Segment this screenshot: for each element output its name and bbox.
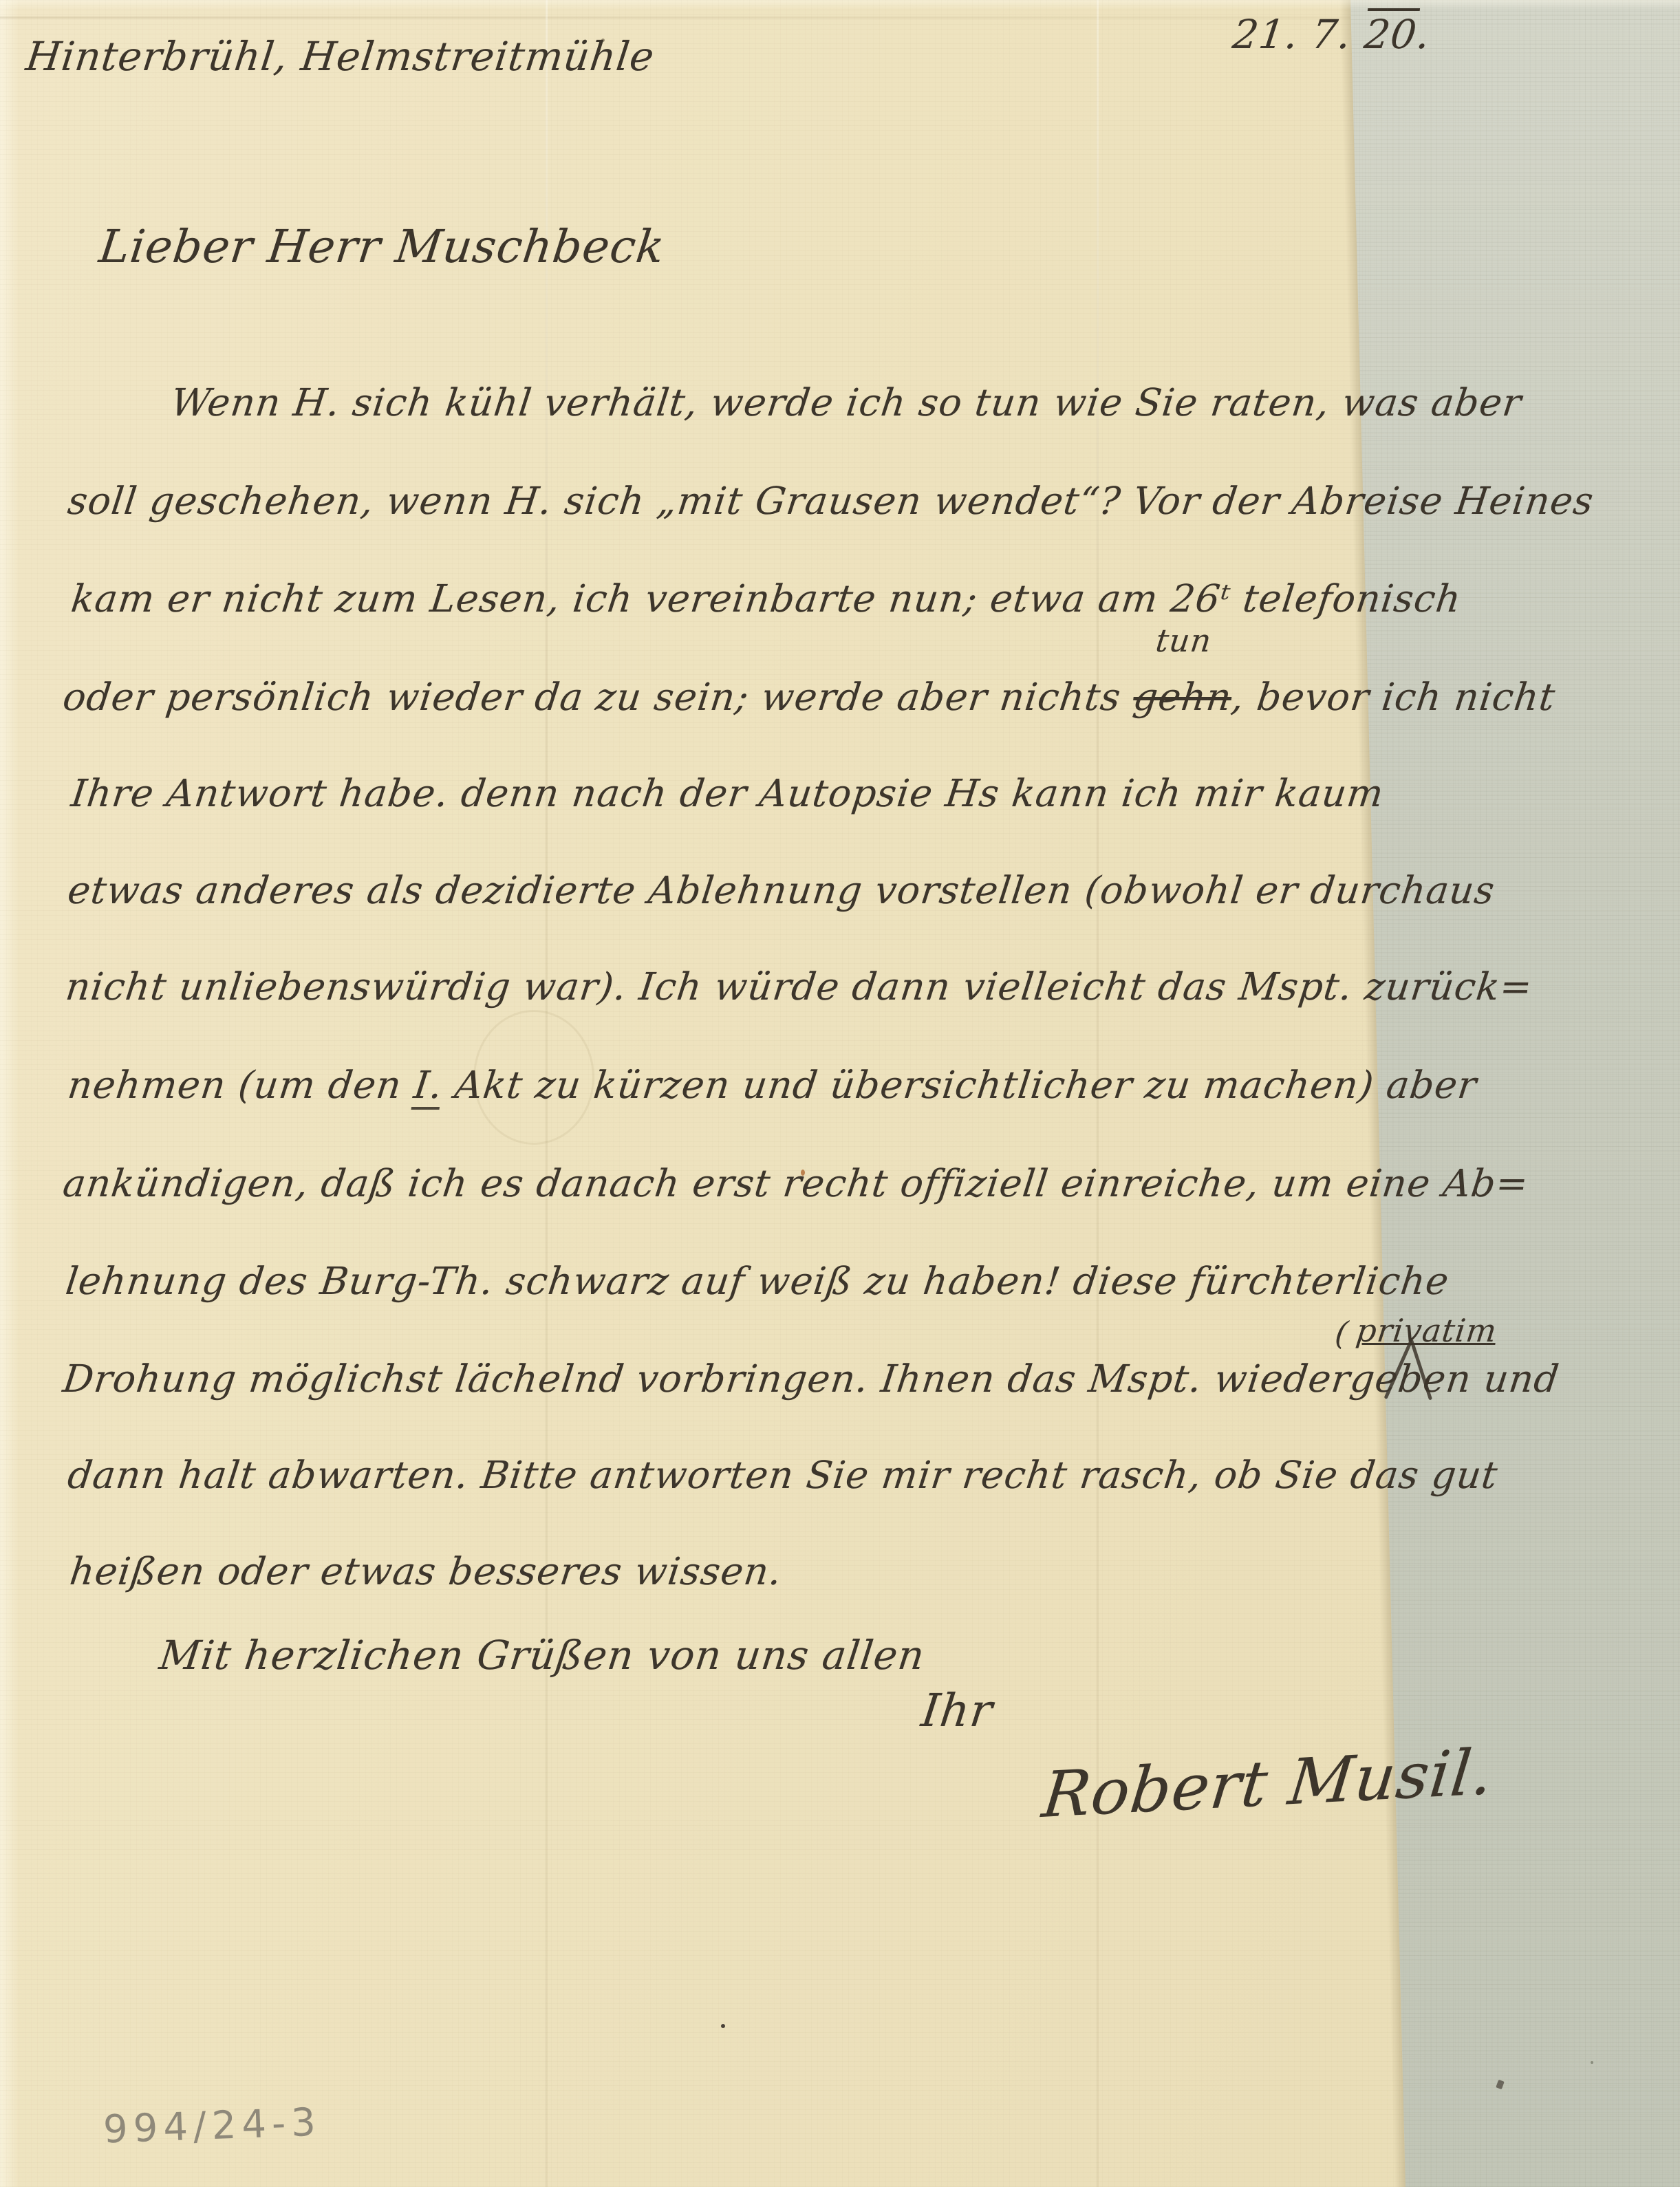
line8-text: nehmen (um den [65,1063,417,1107]
salutation: Lieber Herr Muschbeck [96,220,668,273]
letter-line: ankündigen, daß ich es danach erst recht… [61,1161,1531,1205]
paper-left-edge-highlight [0,0,19,2187]
letter-line: etwas anderes als dezidierte Ablehnung v… [65,868,1498,912]
letter-line: nehmen (um den I. Akt zu kürzen und über… [65,1063,1479,1107]
closing-line: Mit herzlichen Grüßen von uns allen [157,1632,927,1679]
date-line: 21. 7. 20. [1230,11,1433,58]
letter-line: Wenn H. sich kühl verhält, werde ich so … [169,380,1525,424]
line11-text: geben und [1348,1357,1562,1401]
letter-line-with-correction: oder persönlich wieder da zu sein; werde… [61,675,1558,719]
letter-line: kam er nicht zum Lesen, ich vereinbarte … [69,577,1464,621]
line11-text: Drohung möglichst lächelnd vorbringen. I… [61,1357,1353,1401]
letter-line: soll geschehen, wenn H. sich „mit Grause… [65,479,1596,523]
insertion-caret: ( [1333,1315,1351,1352]
inserted-word-tun: tun [1154,622,1214,659]
letter-line: heißen oder etwas besseres wissen. [67,1549,784,1593]
date-day-month: 21. 7. [1230,11,1368,58]
letter-scan-page: Hinterbrühl, Helmstreitmühle 21. 7. 20. … [0,0,1680,2187]
letter-line: nicht unliebenswürdig war). Ich würde da… [63,965,1536,1009]
line4-text: , bevor ich nicht [1229,675,1558,719]
ink-speck [721,2024,725,2028]
archive-number: 994/24-3 [103,2100,322,2152]
letter-line: dann halt abwarten. Bitte antworten Sie … [65,1453,1500,1497]
insertion-v-mark [1384,1338,1435,1401]
place-line: Hinterbrühl, Helmstreitmühle [23,33,657,80]
dust-speck [1591,2061,1593,2064]
fold-crease-top [0,17,1350,19]
valediction: Ihr [918,1684,996,1737]
line8-text: Akt zu kürzen und übersichtlicher zu mac… [440,1063,1479,1107]
paper-top-edge-highlight [0,0,1680,10]
line4-text: oder persönlich wieder da zu sein; werde… [61,675,1137,719]
letter-line-with-insertion: Drohung möglichst lächelnd vorbringen. I… [61,1357,1562,1401]
struck-out-word: gehn [1131,675,1234,719]
date-year: 20 [1361,11,1419,58]
letter-line: Ihre Antwort habe. denn nach der Autopsi… [69,771,1386,815]
letter-line: lehnung des Burg-Th. schwarz auf weiß zu… [63,1259,1452,1303]
